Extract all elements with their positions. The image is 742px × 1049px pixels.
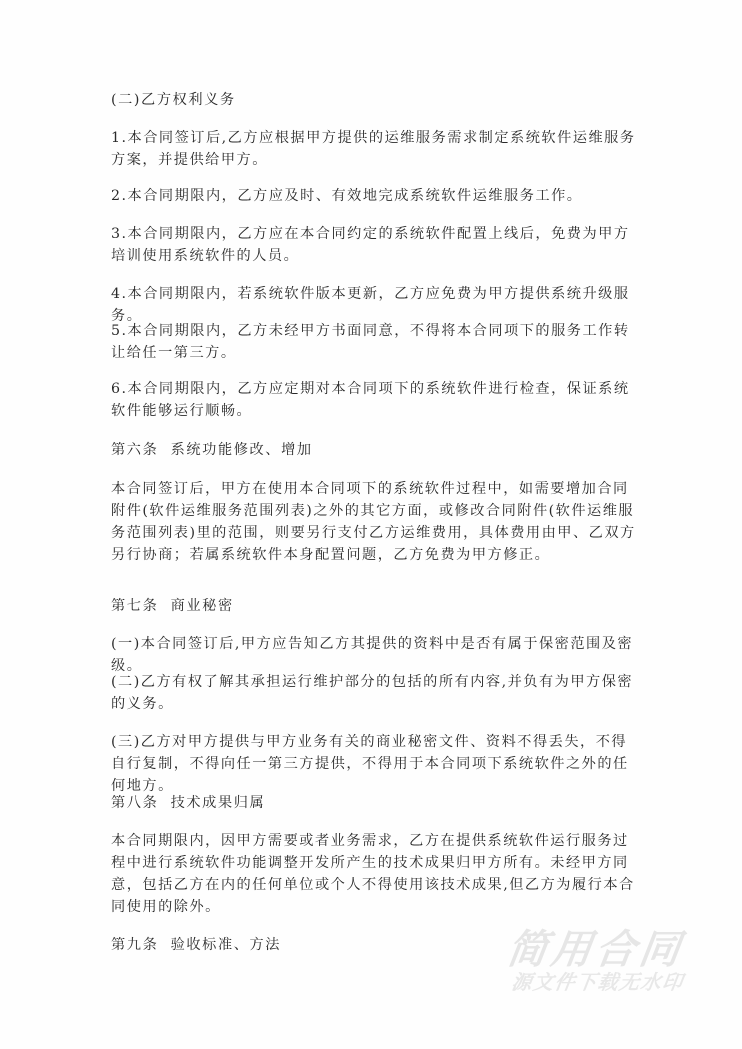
paragraph: 1.本合同签订后,乙方应根据甲方提供的运维服务需求制定系统软件运维服务方案，并提…	[111, 127, 641, 171]
paragraph: 3.本合同期限内，乙方应在本合同约定的系统软件配置上线后，免费为甲方培训使用系统…	[111, 223, 641, 267]
paragraph: 本合同期限内，因甲方需要或者业务需求，乙方在提供系统软件运行服务过程中进行系统软…	[111, 830, 641, 918]
section-heading: 第六条 系统功能修改、增加	[111, 439, 641, 461]
section-heading: (二)乙方权利义务	[111, 89, 641, 111]
paragraph: 本合同签订后，甲方在使用本合同项下的系统软件过程中，如需要增加合同附件(软件运维…	[111, 478, 641, 566]
section-heading: 第八条 技术成果归属	[111, 792, 641, 814]
document-page: (二)乙方权利义务1.本合同签订后,乙方应根据甲方提供的运维服务需求制定系统软件…	[0, 0, 742, 1049]
paragraph: 2.本合同期限内，乙方应及时、有效地完成系统软件运维服务工作。	[111, 185, 641, 207]
paragraph: (三)乙方对甲方提供与甲方业务有关的商业秘密文件、资料不得丢失，不得自行复制，不…	[111, 731, 641, 797]
paragraph: (二)乙方有权了解其承担运行维护部分的包括的所有内容,并负有为甲方保密的义务。	[111, 671, 641, 715]
paragraph: 6.本合同期限内，乙方应定期对本合同项下的系统软件进行检查，保证系统软件能够运行…	[111, 378, 641, 422]
section-heading: 第七条 商业秘密	[111, 595, 641, 617]
watermark-subtitle: 源文件下载无水印	[510, 966, 686, 995]
paragraph: 5.本合同期限内，乙方未经甲方书面同意，不得将本合同项下的服务工作转让给任一第三…	[111, 320, 641, 364]
